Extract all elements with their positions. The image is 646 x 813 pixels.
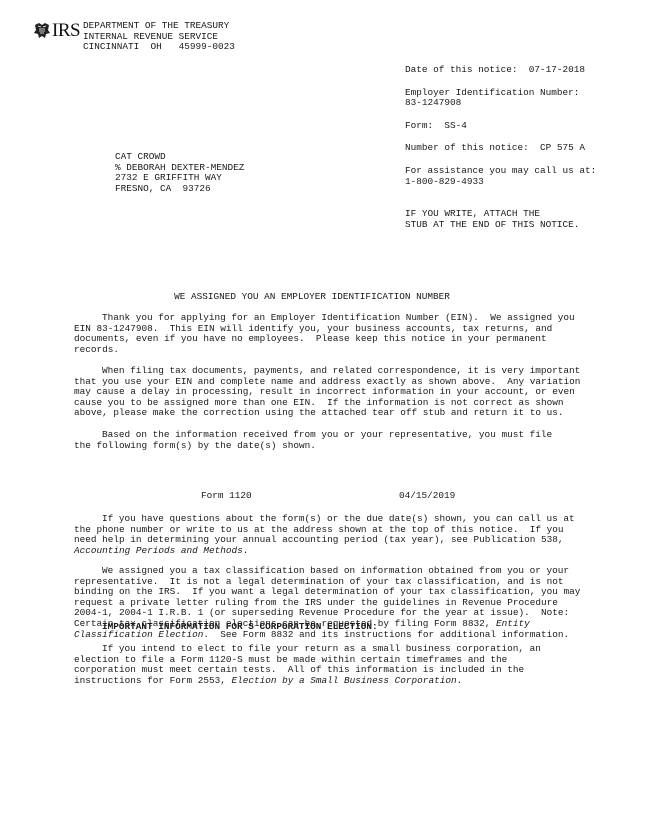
notice-info: Date of this notice: 07-17-2018 Employer…	[405, 65, 596, 230]
assistance-phone: 1-800-829-4933	[405, 177, 596, 188]
notice-date: Date of this notice: 07-17-2018	[405, 65, 596, 76]
required-form-due-date: 04/15/2019	[399, 491, 455, 502]
assistance-label: For assistance you may call us at:	[405, 166, 596, 177]
irs-logo: IRS	[33, 20, 80, 42]
notice-title: WE ASSIGNED YOU AN EMPLOYER IDENTIFICATI…	[0, 292, 624, 303]
required-form-name: Form 1120	[201, 491, 252, 502]
form-value: SS-4	[444, 120, 467, 131]
ein-value: 83-1247908	[405, 98, 596, 109]
agency-line: DEPARTMENT OF THE TREASURY	[83, 21, 235, 32]
notice-date-value: 07-17-2018	[529, 64, 585, 75]
irs-eagle-icon	[33, 22, 51, 39]
agency-line: CINCINNATI OH 45999-0023	[83, 42, 235, 53]
s-corp-heading: IMPORTANT INFORMATION FOR S CORPORATION …	[74, 622, 634, 633]
notice-number-value: CP 575 A	[540, 142, 585, 153]
paragraph-ein-assigned: Thank you for applying for an Employer I…	[74, 313, 634, 355]
paragraph-s-corp-election: If you intend to elect to file your retu…	[74, 644, 634, 686]
write-instruction: STUB AT THE END OF THIS NOTICE.	[405, 220, 596, 231]
paragraph-questions: If you have questions about the form(s) …	[74, 514, 634, 556]
publication-538-title: Accounting Periods and Methods	[74, 545, 243, 556]
recipient-line: CAT CROWD	[115, 152, 244, 163]
paragraph-required-forms: Based on the information received from y…	[74, 430, 634, 451]
irs-wordmark: IRS	[52, 21, 80, 41]
agency-address: DEPARTMENT OF THE TREASURY INTERNAL REVE…	[83, 21, 235, 53]
recipient-line: FRESNO, CA 93726	[115, 184, 244, 195]
recipient-address: CAT CROWD % DEBORAH DEXTER-MENDEZ 2732 E…	[115, 152, 244, 194]
form-2553-title: Election by a Small Business Corporation	[232, 675, 457, 686]
paragraph-filing-instructions: When filing tax documents, payments, and…	[74, 366, 634, 419]
form-info: Form: SS-4	[405, 121, 596, 132]
notice-number: Number of this notice: CP 575 A	[405, 143, 596, 154]
